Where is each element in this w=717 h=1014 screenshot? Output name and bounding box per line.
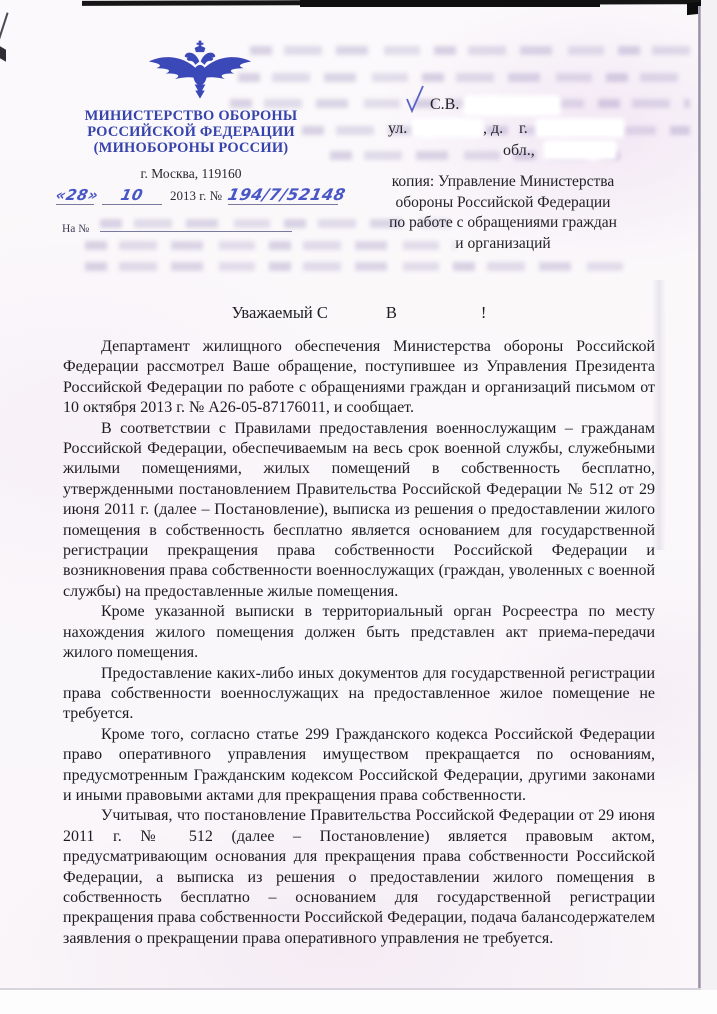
salutation-line: Уважаемый СВ! bbox=[63, 303, 655, 323]
date-month-blank: 10 bbox=[102, 188, 162, 205]
redaction-box bbox=[538, 121, 622, 135]
body-paragraph: Кроме того, согласно статье 299 Гражданс… bbox=[63, 725, 655, 807]
org-line: РОССИЙСКОЙ ФЕДЕРАЦИИ bbox=[60, 124, 322, 140]
salutation-prefix: Уважаемый С bbox=[232, 303, 328, 322]
scan-bottom-margin bbox=[0, 990, 717, 1014]
body-paragraph: Учитывая, что постановление Правительств… bbox=[63, 806, 655, 949]
date-number-row: «28»102013 г. №194/7/52148 bbox=[56, 188, 356, 205]
salutation-exclamation: ! bbox=[481, 303, 487, 322]
doc-number-blank: 194/7/52148 bbox=[228, 188, 338, 205]
bleed-through-text bbox=[238, 73, 690, 82]
salutation-middle-initial: В bbox=[386, 303, 397, 322]
checkmark-icon bbox=[404, 84, 426, 114]
handwritten-doc-number: 194/7/52148 bbox=[227, 188, 347, 202]
body-paragraph: Кроме указанной выписки в территориальны… bbox=[63, 602, 655, 663]
scan-top-edge-dark bbox=[300, 0, 600, 7]
page-corner-fold-mark bbox=[0, 12, 9, 41]
page-right-edge bbox=[698, 6, 701, 990]
bleed-through-text bbox=[250, 46, 690, 55]
handwritten-day: «28» bbox=[55, 188, 100, 202]
reference-number-row: На № bbox=[62, 218, 362, 235]
copy-line: обороны Российской Федерации bbox=[352, 193, 654, 214]
ref-label: На № bbox=[62, 223, 89, 235]
bleed-through-text bbox=[85, 262, 625, 271]
scan-right-margin bbox=[701, 0, 717, 1014]
copy-line: и организаций bbox=[352, 234, 654, 255]
addr-city-label: г. bbox=[519, 120, 528, 138]
scan-left-notch bbox=[0, 46, 6, 61]
body-paragraph: В соответствии с Правилами предоставлени… bbox=[63, 419, 655, 603]
letter-body: Департамент жилищного обеспечения Минист… bbox=[63, 337, 655, 949]
copy-line: по работе с обращениями граждан bbox=[352, 213, 654, 234]
scanned-letter-page: МИНИСТЕРСТВО ОБОРОНЫ РОССИЙСКОЙ ФЕДЕРАЦИ… bbox=[0, 0, 717, 1014]
region-label: обл., bbox=[503, 142, 535, 160]
year-number-label: 2013 г. № bbox=[170, 188, 222, 203]
ref-number-blank bbox=[100, 218, 292, 232]
redaction-box bbox=[546, 143, 614, 157]
ministry-of-defense-eagle-emblem bbox=[146, 40, 254, 104]
house-label: , д. bbox=[483, 120, 503, 138]
bleed-through-text bbox=[230, 99, 690, 108]
body-paragraph: Предоставление каких-либо иных документо… bbox=[63, 664, 655, 725]
copy-recipient-block: копия: Управление Министерства обороны Р… bbox=[352, 172, 654, 254]
redaction-box bbox=[414, 121, 480, 135]
date-day-blank: «28» bbox=[56, 188, 94, 205]
org-line: МИНИСТЕРСТВО ОБОРОНЫ bbox=[60, 108, 322, 124]
letterhead-organization: МИНИСТЕРСТВО ОБОРОНЫ РОССИЙСКОЙ ФЕДЕРАЦИ… bbox=[60, 108, 322, 156]
org-line: (МИНОБОРОНЫ РОССИИ) bbox=[60, 140, 322, 156]
handwritten-month: 10 bbox=[120, 188, 145, 202]
addressee-initials: С.В. bbox=[430, 96, 459, 114]
letterhead-city-postcode: г. Москва, 119160 bbox=[60, 166, 322, 182]
street-label: ул. bbox=[388, 120, 407, 138]
body-paragraph: Департамент жилищного обеспечения Минист… bbox=[63, 337, 655, 419]
copy-line: копия: Управление Министерства bbox=[352, 172, 654, 193]
redaction-box bbox=[466, 98, 558, 113]
